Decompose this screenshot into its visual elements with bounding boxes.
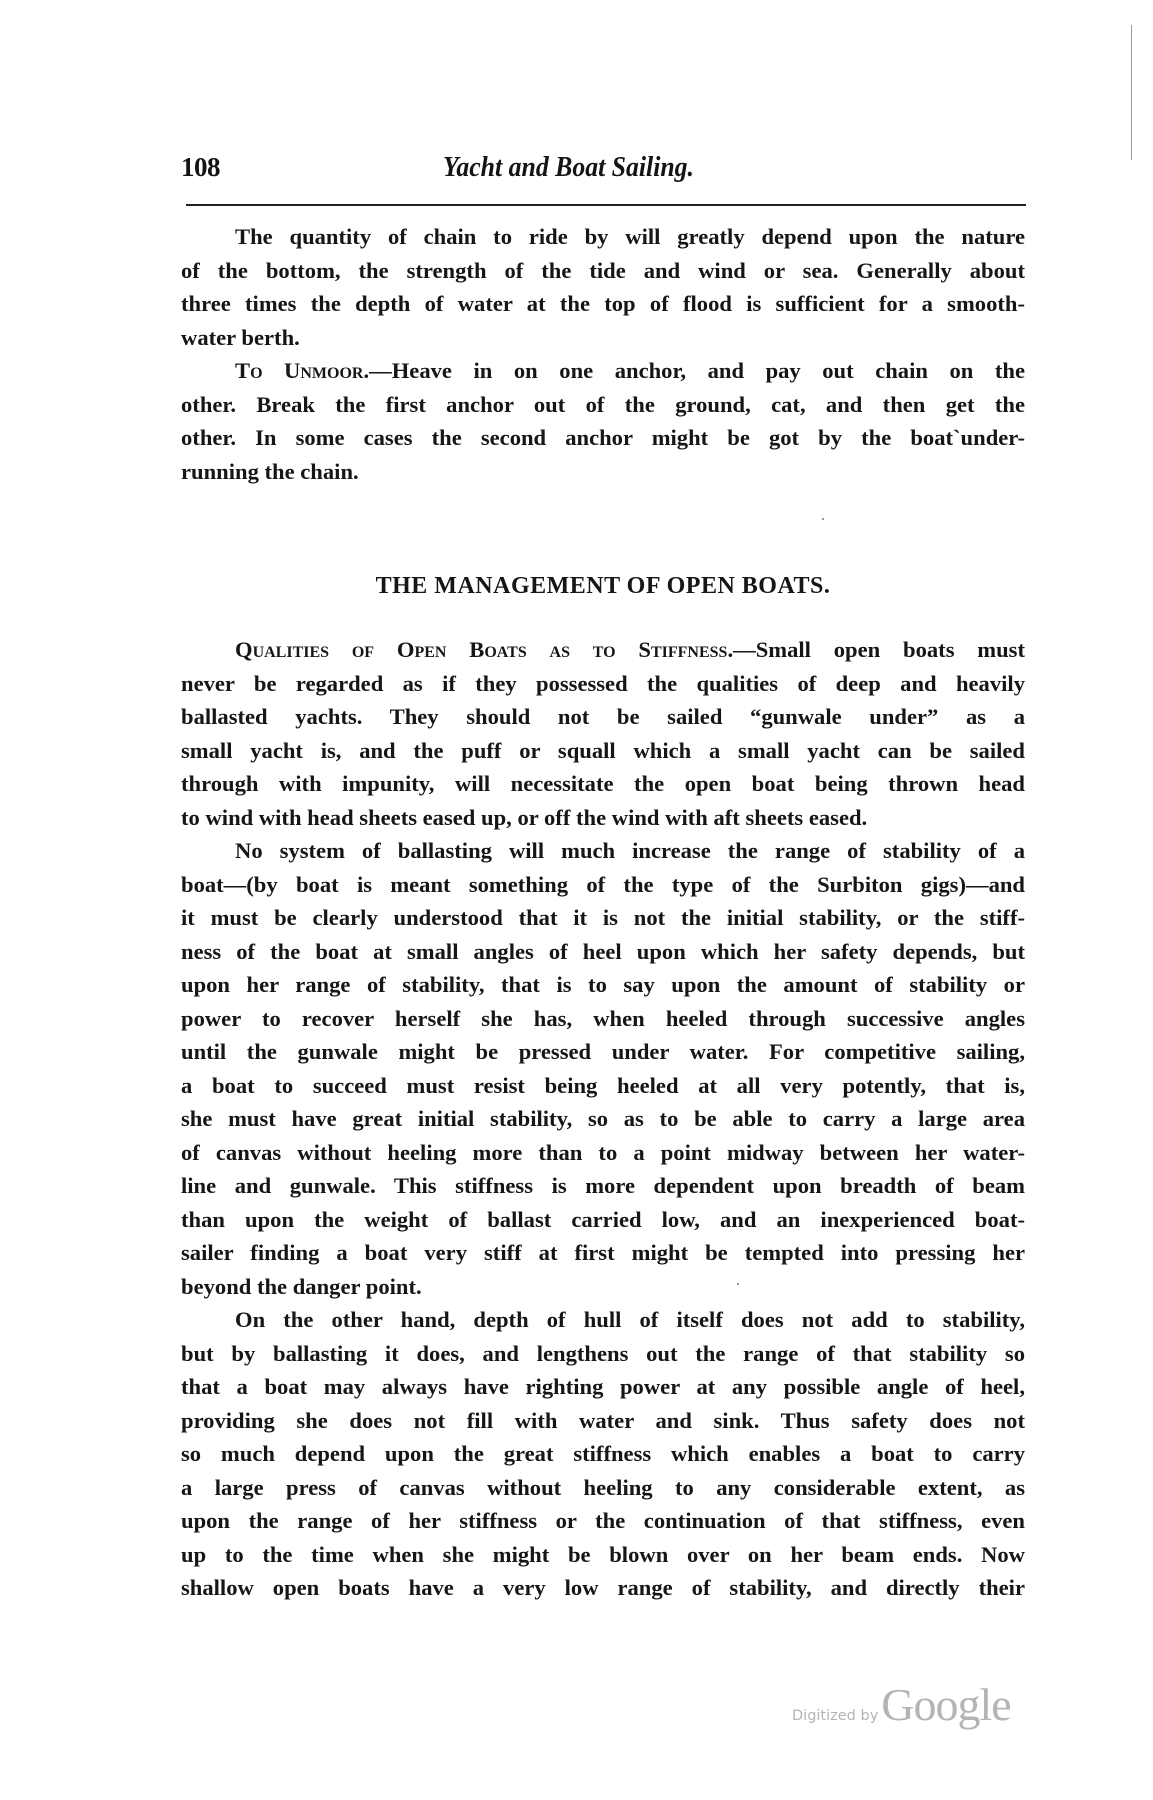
- text-line: to wind with head sheets eased up, or of…: [181, 801, 1025, 835]
- digitized-by-google-watermark: Digitized byGoogle: [792, 1678, 1011, 1731]
- text-line: ballasted yachts. They should not be sai…: [181, 700, 1025, 734]
- text-line: boat—(by boat is meant something of the …: [181, 868, 1025, 902]
- text-line: ness of the boat at small angles of heel…: [181, 935, 1025, 969]
- text-line: The quantity of chain to ride by will gr…: [181, 220, 1025, 254]
- text-line: of canvas without heeling more than to a…: [181, 1136, 1025, 1170]
- run-in-heading-unmoor: To Unmoor.: [235, 358, 369, 383]
- text-line: than upon the weight of ballast carried …: [181, 1203, 1025, 1237]
- text-line: three times the depth of water at the to…: [181, 287, 1025, 321]
- text-line: up to the time when she might be blown o…: [181, 1538, 1025, 1572]
- text-line: she must have great initial stability, s…: [181, 1102, 1025, 1136]
- text-line: power to recover herself she has, when h…: [181, 1002, 1025, 1036]
- text-run: —Small open boats must: [733, 637, 1025, 662]
- header-rule: [186, 204, 1026, 206]
- text-line: never be regarded as if they possessed t…: [181, 667, 1025, 701]
- paragraph-unmoor: To Unmoor.—Heave in on one anchor, and p…: [181, 354, 1025, 488]
- text-line: To Unmoor.—Heave in on one anchor, and p…: [181, 354, 1025, 388]
- text-line: that a boat may always have righting pow…: [181, 1370, 1025, 1404]
- section2-body: Qualities of Open Boats as to Stiffness.…: [181, 633, 1025, 1605]
- text-line: so much depend upon the great stiffness …: [181, 1437, 1025, 1471]
- scan-speck: [737, 1283, 739, 1285]
- text-line: through with impunity, will necessitate …: [181, 767, 1025, 801]
- text-line: upon her range of stability, that is to …: [181, 968, 1025, 1002]
- google-logo-text: Google: [881, 1679, 1010, 1730]
- text-line: beyond the danger point.: [181, 1270, 1025, 1304]
- text-line: small yacht is, and the puff or squall w…: [181, 734, 1025, 768]
- text-line: No system of ballasting will much increa…: [181, 834, 1025, 868]
- paragraph-chain-quantity: The quantity of chain to ride by will gr…: [181, 220, 1025, 354]
- paragraph-depth-of-hull: On the other hand, depth of hull of itse…: [181, 1303, 1025, 1605]
- section1-body: The quantity of chain to ride by will gr…: [181, 220, 1025, 488]
- text-line: On the other hand, depth of hull of itse…: [181, 1303, 1025, 1337]
- text-line: providing she does not fill with water a…: [181, 1404, 1025, 1438]
- scan-speck: [822, 518, 824, 520]
- run-in-heading-qualities: Qualities of Open Boats as to Stiffness.: [235, 637, 733, 662]
- watermark-prefix: Digitized by: [792, 1708, 878, 1724]
- running-title: Yacht and Boat Sailing.: [443, 152, 694, 184]
- section-heading: THE MANAGEMENT OF OPEN BOATS.: [181, 573, 1025, 600]
- text-line: shallow open boats have a very low range…: [181, 1571, 1025, 1605]
- text-line: running the chain.: [181, 455, 1025, 489]
- text-line: other. In some cases the second anchor m…: [181, 421, 1025, 455]
- text-line: other. Break the first anchor out of the…: [181, 388, 1025, 422]
- page-header: 108 Yacht and Boat Sailing.: [181, 152, 1025, 192]
- paragraph-qualities: Qualities of Open Boats as to Stiffness.…: [181, 633, 1025, 834]
- scan-edge-line: [1131, 25, 1132, 160]
- paragraph-ballasting: No system of ballasting will much increa…: [181, 834, 1025, 1303]
- text-line: water berth.: [181, 321, 1025, 355]
- text-line: a boat to succeed must resist being heel…: [181, 1069, 1025, 1103]
- text-line: of the bottom, the strength of the tide …: [181, 254, 1025, 288]
- text-line: it must be clearly understood that it is…: [181, 901, 1025, 935]
- text-line: but by ballasting it does, and lengthens…: [181, 1337, 1025, 1371]
- text-line: sailer finding a boat very stiff at firs…: [181, 1236, 1025, 1270]
- text-run: —Heave in on one anchor, and pay out cha…: [369, 358, 1025, 383]
- page-number: 108: [181, 152, 220, 183]
- text-line: until the gunwale might be pressed under…: [181, 1035, 1025, 1069]
- text-line: a large press of canvas without heeling …: [181, 1471, 1025, 1505]
- text-line: Qualities of Open Boats as to Stiffness.…: [181, 633, 1025, 667]
- text-line: line and gunwale. This stiffness is more…: [181, 1169, 1025, 1203]
- text-line: upon the range of her stiffness or the c…: [181, 1504, 1025, 1538]
